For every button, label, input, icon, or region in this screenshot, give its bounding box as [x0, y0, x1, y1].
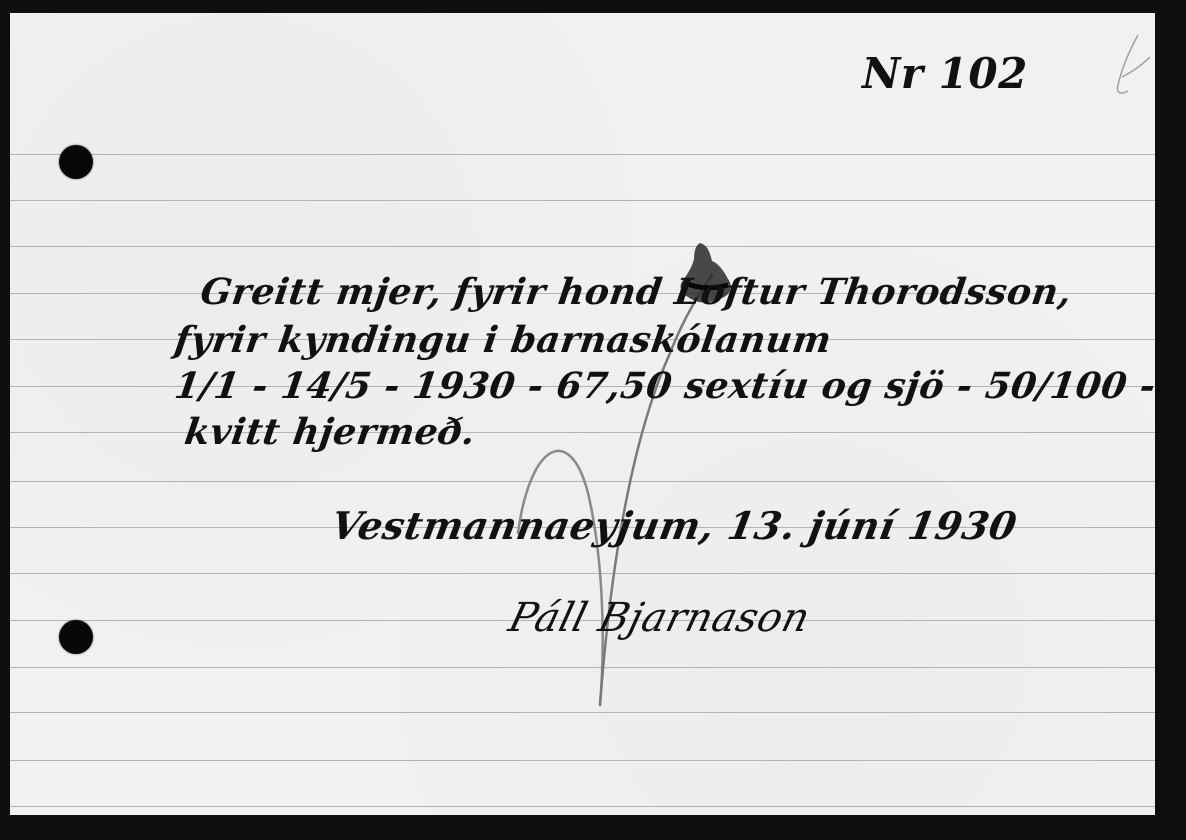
ruled-paper: Nr 102 Greitt mjer, fyrir hond Loftur Th…	[10, 13, 1155, 815]
receipt-text-line-1: Greitt mjer, fyrir hond Loftur Thorodsso…	[198, 271, 1075, 313]
ruled-line	[10, 712, 1155, 713]
ruled-line	[10, 760, 1155, 761]
ruled-line	[10, 200, 1155, 201]
ruled-line	[10, 806, 1155, 807]
ruled-line	[10, 432, 1155, 433]
ruled-line	[10, 573, 1155, 574]
place-and-date: Vestmannaeyjum, 13. júní 1930	[328, 503, 1020, 548]
receipt-text-line-4: kvitt hjermeð.	[182, 411, 478, 453]
receipt-text-line-3: 1/1 - 14/5 - 1930 - 67,50 sextíu og sjö …	[172, 365, 1155, 407]
punch-hole-top	[59, 145, 93, 179]
ruled-line	[10, 481, 1155, 482]
receipt-text-line-2: fyrir kyndingu i barnaskólanum	[172, 319, 834, 361]
ruled-line	[10, 154, 1155, 155]
punch-hole-bottom	[59, 620, 93, 654]
signature: Páll Bjarnason	[504, 595, 814, 641]
document-number: Nr 102	[862, 49, 1028, 98]
pencil-checkmark-icon	[10, 13, 1155, 815]
ruled-line	[10, 246, 1155, 247]
scanned-document: Nr 102 Greitt mjer, fyrir hond Loftur Th…	[0, 0, 1186, 840]
ruled-line	[10, 667, 1155, 668]
